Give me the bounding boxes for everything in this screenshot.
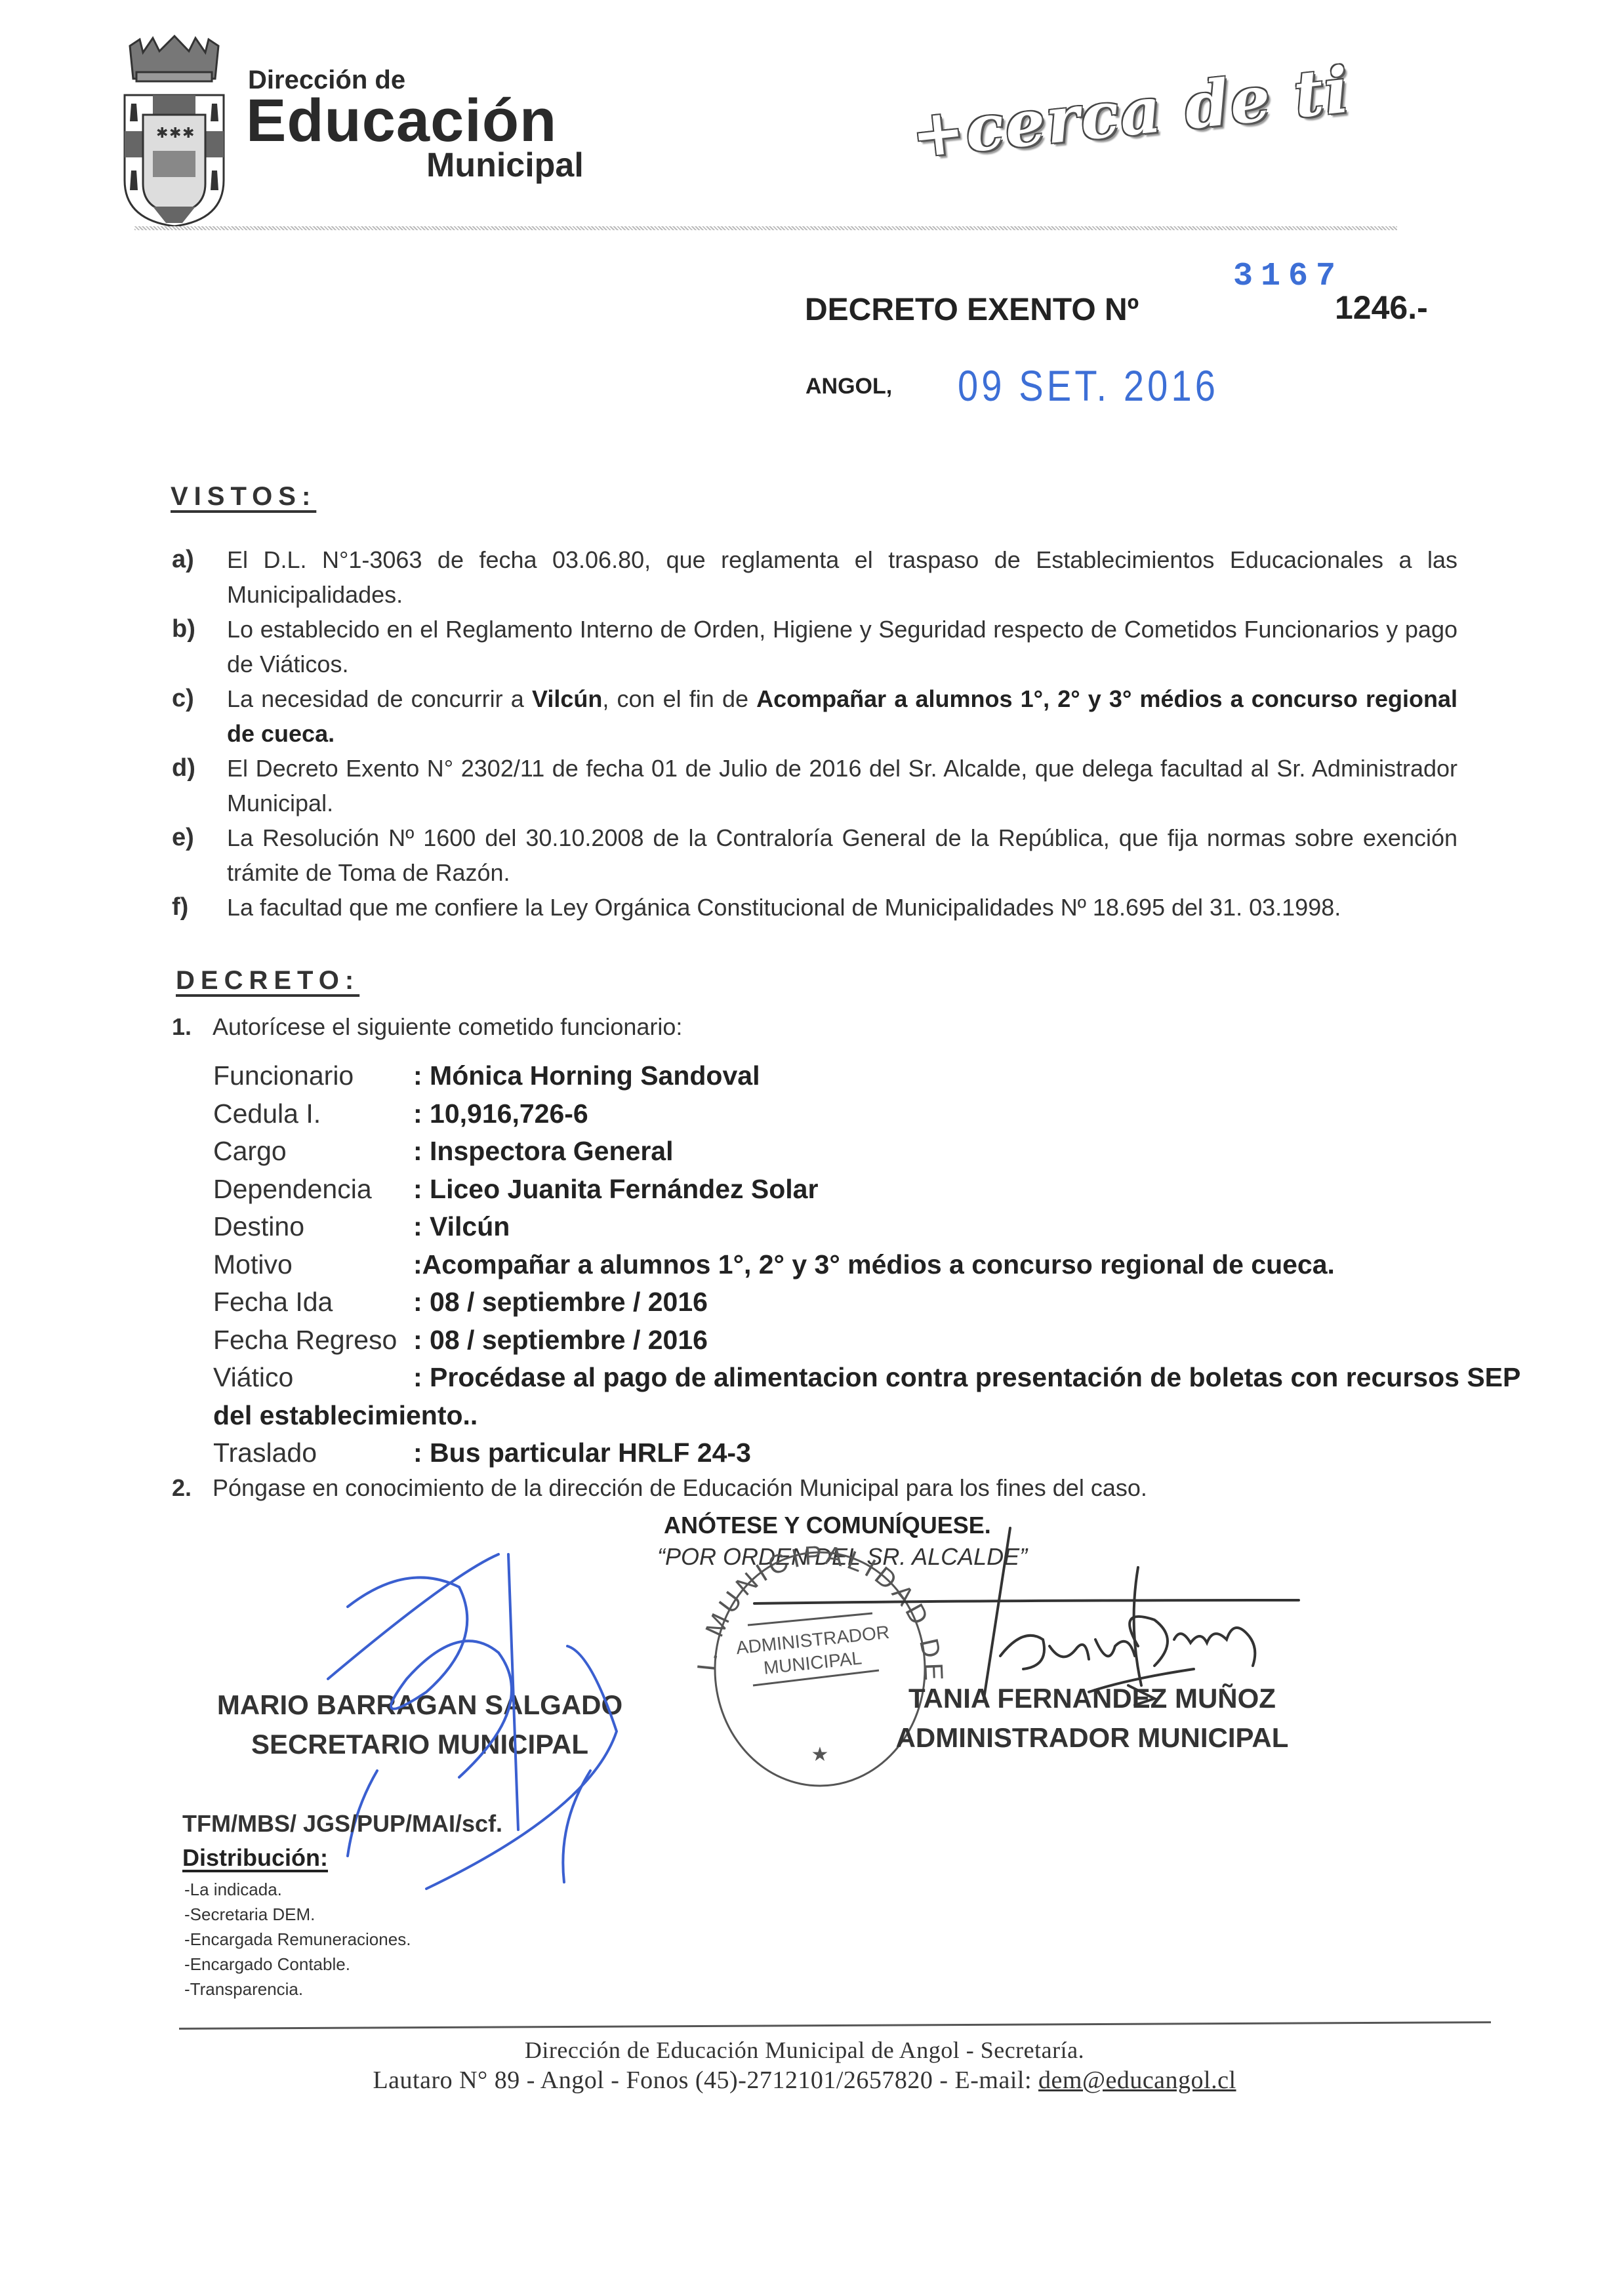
field-value: : Inspectora General [413, 1133, 673, 1171]
seal-center-line2: MUNICIPAL [763, 1647, 863, 1678]
vistos-heading: VISTOS: [171, 482, 316, 512]
item-text: La necesidad de concurrir a [227, 685, 532, 712]
field-label: Traslado [213, 1434, 413, 1472]
distribution-item: -Encargada Remuneraciones. [184, 1927, 411, 1952]
item-text: , con el fin de [602, 685, 756, 712]
footer-office: Dirección de Educación Municipal de Ango… [0, 2036, 1609, 2064]
field-row: Cedula I.: 10,916,726-6 [213, 1095, 1520, 1133]
item-label: e) [172, 820, 194, 855]
brand-subtitle: Municipal [426, 146, 584, 185]
distribution-item: -La indicada. [184, 1877, 411, 1902]
field-row: Fecha Regreso: 08 / septiembre / 2016 [213, 1321, 1520, 1359]
signer-name: TANIA FERNANDEZ MUÑOZ [879, 1679, 1305, 1718]
signer-name: MARIO BARRAGAN SALGADO [203, 1685, 636, 1725]
field-value-continuation: del establecimiento.. [213, 1397, 478, 1435]
point-number: 2. [172, 1474, 213, 1502]
item-text: La facultad que me confiere la Ley Orgán… [227, 890, 1457, 925]
svg-text:★: ★ [811, 1744, 829, 1765]
seal-center-line1: ADMINISTRADOR [735, 1622, 891, 1658]
slogan: +cerca de ti [908, 52, 1353, 172]
field-row: Funcionario: Mónica Horning Sandoval [213, 1057, 1520, 1095]
decree-stamp-number: 3167 [1233, 258, 1343, 295]
signer-title: SECRETARIO MUNICIPAL [203, 1725, 636, 1764]
field-row: Fecha Ida: 08 / septiembre / 2016 [213, 1283, 1520, 1321]
field-value: :Acompañar a alumnos 1°, 2° y 3° médios … [413, 1246, 1335, 1284]
field-label: Viático [213, 1359, 413, 1397]
item-label: a) [172, 542, 194, 577]
item-text: La Resolución Nº 1600 del 30.10.2008 de … [227, 820, 1457, 890]
decree-label: DECRETO EXENTO Nº [805, 292, 1139, 328]
field-label: Funcionario [213, 1057, 413, 1095]
decreto-heading: DECRETO: [176, 966, 359, 996]
field-value: : Mónica Horning Sandoval [413, 1057, 760, 1095]
footer-contact: Lautaro N° 89 - Angol - Fonos (45)-27121… [0, 2066, 1609, 2095]
footer-address: Lautaro N° 89 - Angol - Fonos (45)-27121… [373, 2066, 1038, 2094]
field-label: Cargo [213, 1133, 413, 1171]
administrator-signature-block: TANIA FERNANDEZ MUÑOZ ADMINISTRADOR MUNI… [879, 1679, 1305, 1758]
svg-text:✱: ✱ [156, 125, 168, 141]
field-row: Traslado: Bus particular HRLF 24-3 [213, 1434, 1520, 1472]
destination-name: Vilcún [532, 685, 602, 712]
secretary-signature-block: MARIO BARRAGAN SALGADO SECRETARIO MUNICI… [203, 1685, 636, 1764]
distribution-item: -Transparencia. [184, 1977, 411, 2002]
point-text: Póngase en conocimiento de la dirección … [213, 1474, 1147, 1501]
item-text: El D.L. N°1-3063 de fecha 03.06.80, que … [227, 542, 1457, 612]
distribution-list: -La indicada. -Secretaria DEM. -Encargad… [184, 1877, 411, 2002]
field-label: Dependencia [213, 1171, 413, 1209]
field-label: Motivo [213, 1246, 413, 1284]
field-value: : 08 / septiembre / 2016 [413, 1283, 708, 1321]
signer-title: ADMINISTRADOR MUNICIPAL [879, 1718, 1305, 1758]
field-row: del establecimiento.. [213, 1397, 1520, 1435]
item-label: b) [172, 612, 195, 647]
field-label: Cedula I. [213, 1095, 413, 1133]
vistos-item: b) Lo establecido en el Reglamento Inter… [172, 612, 1457, 681]
decree-number: 1246.- [1335, 289, 1428, 327]
assignment-fields: Funcionario: Mónica Horning Sandoval Ced… [213, 1057, 1520, 1472]
vistos-item: c) La necesidad de concurrir a Vilcún, c… [172, 681, 1457, 751]
decree-point-1: 1.Autorícese el siguiente cometido funci… [172, 1013, 682, 1041]
distribution-item: -Secretaria DEM. [184, 1902, 411, 1927]
distribution-heading: Distribución: [182, 1844, 328, 1872]
field-value: : Procédase al pago de alimentacion cont… [413, 1359, 1520, 1397]
field-label: Destino [213, 1208, 413, 1246]
item-label: d) [172, 751, 195, 786]
distribution-item: -Encargado Contable. [184, 1952, 411, 1977]
vistos-item: f) La facultad que me confiere la Ley Or… [172, 890, 1457, 925]
closing-order-line: “POR ORDEN DEL SR. ALCALDE” [657, 1543, 1027, 1571]
point-number: 1. [172, 1013, 213, 1041]
date-stamp: 09 SET. 2016 [958, 361, 1219, 411]
initials-reference: TFM/MBS/ JGS/PUP/MAI/scf. [182, 1810, 502, 1838]
vistos-item: d) El Decreto Exento N° 2302/11 de fecha… [172, 751, 1457, 820]
field-label: Fecha Regreso [213, 1321, 413, 1359]
field-value: : 08 / septiembre / 2016 [413, 1321, 708, 1359]
field-value: : Liceo Juanita Fernández Solar [413, 1171, 818, 1209]
svg-text:✱: ✱ [182, 125, 194, 141]
header-divider [134, 226, 1397, 230]
vistos-item: a) El D.L. N°1-3063 de fecha 03.06.80, q… [172, 542, 1457, 612]
city-label: ANGOL, [805, 374, 892, 399]
field-row: Dependencia: Liceo Juanita Fernández Sol… [213, 1171, 1520, 1209]
field-row: Cargo: Inspectora General [213, 1133, 1520, 1171]
decree-point-2: 2.Póngase en conocimiento de la direcció… [172, 1474, 1147, 1502]
vistos-item: e) La Resolución Nº 1600 del 30.10.2008 … [172, 820, 1457, 890]
field-value: : Vilcún [413, 1208, 510, 1246]
field-row: Destino: Vilcún [213, 1208, 1520, 1246]
item-label: f) [172, 890, 188, 925]
item-text: Lo establecido en el Reglamento Interno … [227, 612, 1457, 681]
item-text: El Decreto Exento N° 2302/11 de fecha 01… [227, 751, 1457, 820]
municipal-crest-logo: ✱✱✱ [117, 33, 232, 230]
field-value: : 10,916,726-6 [413, 1095, 588, 1133]
closing-line: ANÓTESE Y COMUNÍQUESE. [664, 1512, 991, 1539]
item-label: c) [172, 681, 194, 716]
field-value: : Bus particular HRLF 24-3 [413, 1434, 751, 1472]
footer-divider [179, 2021, 1491, 2030]
email-link[interactable]: dem@educangol.cl [1038, 2066, 1236, 2094]
svg-text:✱: ✱ [169, 125, 181, 141]
point-text: Autorícese el siguiente cometido funcion… [213, 1013, 682, 1040]
field-row: Motivo:Acompañar a alumnos 1°, 2° y 3° m… [213, 1246, 1520, 1284]
field-label: Fecha Ida [213, 1283, 413, 1321]
field-row: Viático: Procédase al pago de alimentaci… [213, 1359, 1520, 1397]
